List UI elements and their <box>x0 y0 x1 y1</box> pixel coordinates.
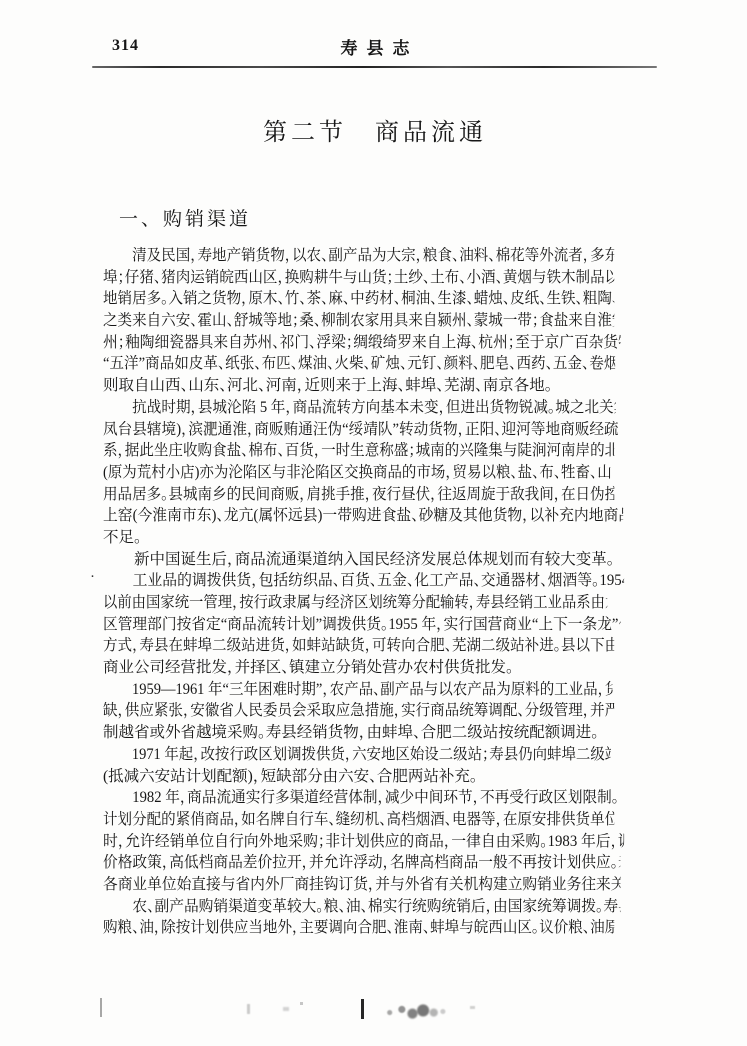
text-line: 地销居多。入销之货物，原木、竹、茶、麻、中药材、桐油、生漆、蜡烛、皮纸、生铁、粗… <box>103 288 614 310</box>
text-line: 方式，寿县在蚌埠二级站进货，如蚌站缺货，可转向合肥、芜湖二级站补进。县以下由各该 <box>103 635 614 657</box>
text-line: 州；釉陶细瓷器具来自苏州、祁门、浮梁；绸缎绮罗来自上海、杭州；至于京广百杂货物与 <box>103 332 620 354</box>
scan-artifact-speck <box>300 1002 303 1005</box>
text-line: 1982 年，商品流通实行多渠道经营体制，减少中间环节，不再受行政区划限制。属于 <box>103 787 618 809</box>
text-line: 购粮、油，除按计划供应当地外，主要调向合肥、淮南、蚌埠与皖西山区。议价粮、油原为… <box>103 917 614 939</box>
text-line: 以前由国家统一管理，按行政隶属与经济区划统筹分配输转，寿县经销工业品系由六安地 <box>103 592 607 614</box>
text-line: 商业公司经营批发，并择区、镇建立分销处营办农村供货批发。 <box>103 657 648 679</box>
scan-artifact-speck <box>470 1006 475 1009</box>
text-line: 区管理部门按省定“商品流转计划”调拨供货。1955 年，实行国营商业“上下一条龙… <box>103 614 620 636</box>
text-line: (原为荒村小店)亦为沦陷区与非沦陷区交换商品的市场，贸易以粮、盐、布、牲畜、山货… <box>103 462 612 484</box>
text-line: 清及民国，寿地产销货物，以农、副产品为大宗，粮食、油料、棉花等外流者，多东去蚌 <box>103 245 614 267</box>
text-line: 1959—1961 年“三年困难时期”，农产品、副产品与以农产品为原料的工业品，… <box>103 679 612 701</box>
running-head-book-title: 寿县志 <box>93 34 657 59</box>
header-divider <box>92 66 657 68</box>
text-line: 各商业单位始直接与省内外厂商挂钩订货，并与外省有关机构建立购销业务往来关系。 <box>103 874 620 896</box>
scan-artifact-smudge <box>376 1001 452 1022</box>
text-line: “五洋”商品如皮革、纸张、布匹、煤油、火柴、矿烛、元钉、颜料、肥皂、西药、五金、… <box>103 353 615 375</box>
scan-artifact-tick <box>361 999 364 1019</box>
text-line: 凤台县辖境)，滨淝通淮，商贩贿通汪伪“绥靖队”转动货物，正阳、迎河等地商贩经疏通… <box>103 419 618 441</box>
text-line: 制越省或外省越境采购。寿县经销货物，由蚌埠、合肥二级站按统配额调进。 <box>103 722 648 744</box>
scan-artifact-tick <box>100 998 102 1017</box>
scan-artifact-speck <box>283 1007 289 1011</box>
text-line: 时，允许经销单位自行向外地采购；非计划供应的商品，一律自由采购。1983 年后，… <box>103 831 624 853</box>
text-line: 工业品的调拨供货，包括纺织品、百货、五金、化工产品、交通器材、烟酒等。1954 … <box>103 570 624 592</box>
text-line: 新中国诞生后，商品流通渠道纳入国民经济发展总体规划而有较大变革。 <box>103 549 648 571</box>
text-line: 不足。 <box>103 527 648 549</box>
subsection-title: 一、购销渠道 <box>119 204 251 231</box>
text-line: 抗战时期，县城沦陷 5 年，商品流转方向基本未变，但进出货物锐减。城之北关集(属 <box>103 397 616 419</box>
text-line: 农、副产品购销渠道变革较大。粮、油、棉实行统购统销后，由国家统筹调拨。寿县统 <box>103 896 620 918</box>
text-line: 用品居多。县城南乡的民间商贩，肩挑手推，夜行昼伏，往返周旋于敌我间，在日伪控制区 <box>103 484 614 506</box>
text-line: 缺，供应紧张，安徽省人民委员会采取应急措施，实行商品统筹调配、分级管理，并严格控 <box>103 700 614 722</box>
text-line: 系，据此坐庄收购食盐、棉布、百货，一时生意称盛；城南的兴隆集与陡涧河南岸的北新集 <box>103 440 614 462</box>
text-line: 计划分配的紧俏商品，如名牌自行车、缝纫机、高档烟酒、电器等，在原安排供货单位短缺 <box>103 809 614 831</box>
scan-artifact-speck <box>247 1004 250 1014</box>
text-line: 埠；仔猪、猪肉运销皖西山区，换购耕牛与山货；土纱、土布、小酒、黄烟与铁木制品以地… <box>103 267 614 289</box>
text-line: (抵减六安站计划配额)，短缺部分由六安、合肥两站补充。 <box>103 766 648 788</box>
margin-dot-mark: · <box>90 569 95 586</box>
text-line: 则取自山西、山东、河北、河南，近则来于上海、蚌埠、芜湖、南京各地。 <box>103 375 648 397</box>
text-line: 之类来自六安、霍山、舒城等地；桑、柳制农家用具来自颍州、蒙城一带；食盐来自淮安、… <box>103 310 614 332</box>
text-line: 上窑(今淮南市东)、龙亢(属怀远县)一带购进食盐、砂糖及其他货物，以补充内地商品… <box>103 505 623 527</box>
body-text: 清及民国，寿地产销货物，以农、副产品为大宗，粮食、油料、棉花等外流者，多东去蚌埠… <box>103 245 648 939</box>
text-line: 价格政策，高低档商品差价拉开，并允许浮动，名牌高档商品一般不再按计划供应。寿县 <box>103 852 620 874</box>
section-title: 第二节 商品流通 <box>93 112 657 147</box>
text-line: 1971 年起，改按行政区划调拨供货，六安地区始设二级站；寿县仍向蚌埠二级站进货 <box>103 744 611 766</box>
book-page: 314 寿县志 第二节 商品流通 一、购销渠道 · 清及民国，寿地产销货物，以农… <box>0 0 747 1046</box>
